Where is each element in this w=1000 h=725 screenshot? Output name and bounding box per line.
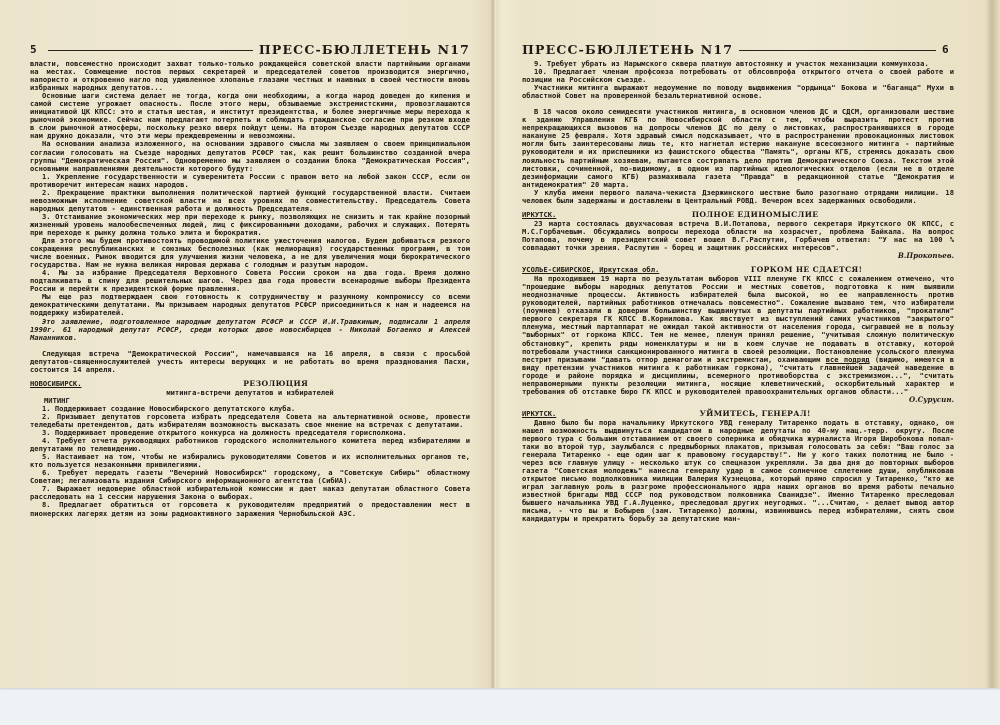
paragraph: власти, повсеместно происходит захват то… (30, 60, 470, 92)
headline: ПОЛНОЕ ЕДИНОМЫСЛИЕ (556, 211, 954, 219)
resolution-item: 8. Предлагает обратиться от горсовета к … (30, 501, 470, 517)
paragraph: Мы еще раз подтверждаем свою готовность … (30, 293, 470, 317)
novosibirsk-section-head: НОВОСИБИРСК. РЕЗОЛЮЦИЯ (30, 380, 470, 388)
paragraph: 23 марта состоялась двухчасовая встреча … (522, 220, 954, 252)
center-fold (490, 0, 496, 688)
paragraph: Давно было бы пора начальнику Иркутского… (522, 419, 954, 524)
bulletin-title: ПРЕСС-БЮЛЛЕТЕНЬ N17 (522, 46, 733, 54)
paragraph: 2. Прекращение практики выполнения полит… (30, 189, 470, 213)
usolye-section-head: УСОЛЬЕ-СИБИРСКОЕ, Иркутская обл. ГОРКОМ … (522, 266, 954, 274)
page-number: 5 (30, 46, 42, 54)
place-label: ИРКУТСК. (522, 410, 556, 418)
paragraph: На основании анализа изложенного, на осн… (30, 140, 470, 172)
paragraph: В 18 часов около семидесяти участников м… (522, 108, 954, 188)
place-label: УСОЛЬЕ-СИБИРСКОЕ, Иркутская обл. (522, 266, 659, 274)
resolution-item: 10. Предлагает членам профсоюза потребов… (522, 68, 954, 84)
header-rule (739, 50, 936, 51)
statement-note: Это заявление, подготовленное народным д… (30, 318, 470, 342)
byline: В.Прокопьев. (522, 252, 954, 260)
paragraph: 4. Мы за избрание Председателя Верховног… (30, 269, 470, 293)
resolution-item: 5. Настаивает на том, чтобы не избиралис… (30, 453, 470, 469)
left-page: 5 ПРЕСС-БЮЛЛЕТЕНЬ N17 власти, повсеместн… (30, 40, 470, 518)
paragraph: У клуба имени первого палача-чекиста Дзе… (522, 189, 954, 205)
page-header: 5 ПРЕСС-БЮЛЛЕТЕНЬ N17 (30, 40, 470, 54)
headline: УЙМИТЕСЬ, ГЕНЕРАЛ! (556, 410, 954, 418)
paragraph: 3. Отстаивание экономических мер при пер… (30, 213, 470, 237)
resolution-title: РЕЗОЛЮЦИЯ (82, 380, 471, 388)
bulletin-title: ПРЕСС-БЮЛЛЕТЕНЬ N17 (259, 46, 470, 54)
next-meeting-notice: Следующая встреча "Демократической Росси… (30, 350, 470, 374)
page-header: ПРЕСС-БЮЛЛЕТЕНЬ N17 6 (522, 40, 954, 54)
place-label: НОВОСИБИРСК. (30, 380, 82, 388)
byline: О.Сурусин. (522, 396, 954, 404)
resolution-subtitle: митинга-встречи депутатов и избирателей (30, 389, 470, 397)
text-run: На проходившем 19 марта по результатам в… (522, 274, 954, 363)
page-number: 6 (942, 46, 954, 54)
resolution-item: 7. Выражает недоверие областной избирате… (30, 485, 470, 501)
right-page: ПРЕСС-БЮЛЛЕТЕНЬ N17 6 9. Требует убрать … (522, 40, 954, 524)
paragraph: 1. Укрепление государственности и сувере… (30, 173, 470, 189)
resolution-item: 2. Призывает депутатов горсовета избрать… (30, 413, 470, 429)
place-label: ИРКУТСК. (522, 211, 556, 219)
paragraph: На проходившем 19 марта по результатам в… (522, 275, 954, 396)
headline: ГОРКОМ НЕ СДАЕТСЯ! (659, 266, 954, 274)
paragraph: Участники митинга выражают недоумение по… (522, 84, 954, 100)
resolution-item: 6. Требует передать газеты "Вечерний Нов… (30, 469, 470, 485)
scanned-bulletin-spread: 5 ПРЕСС-БЮЛЛЕТЕНЬ N17 власти, повсеместн… (0, 0, 1000, 688)
irkutsk-section-head: ИРКУТСК. ПОЛНОЕ ЕДИНОМЫСЛИЕ (522, 211, 954, 219)
paragraph: Основные шаги система делает не тогда, к… (30, 92, 470, 140)
paragraph: Для этого мы будем противостоять проводи… (30, 237, 470, 269)
resolution-item: 4. Требует отчета руководящих работников… (30, 437, 470, 453)
header-rule (48, 50, 253, 51)
irkutsk-general-section-head: ИРКУТСК. УЙМИТЕСЬ, ГЕНЕРАЛ! (522, 410, 954, 418)
